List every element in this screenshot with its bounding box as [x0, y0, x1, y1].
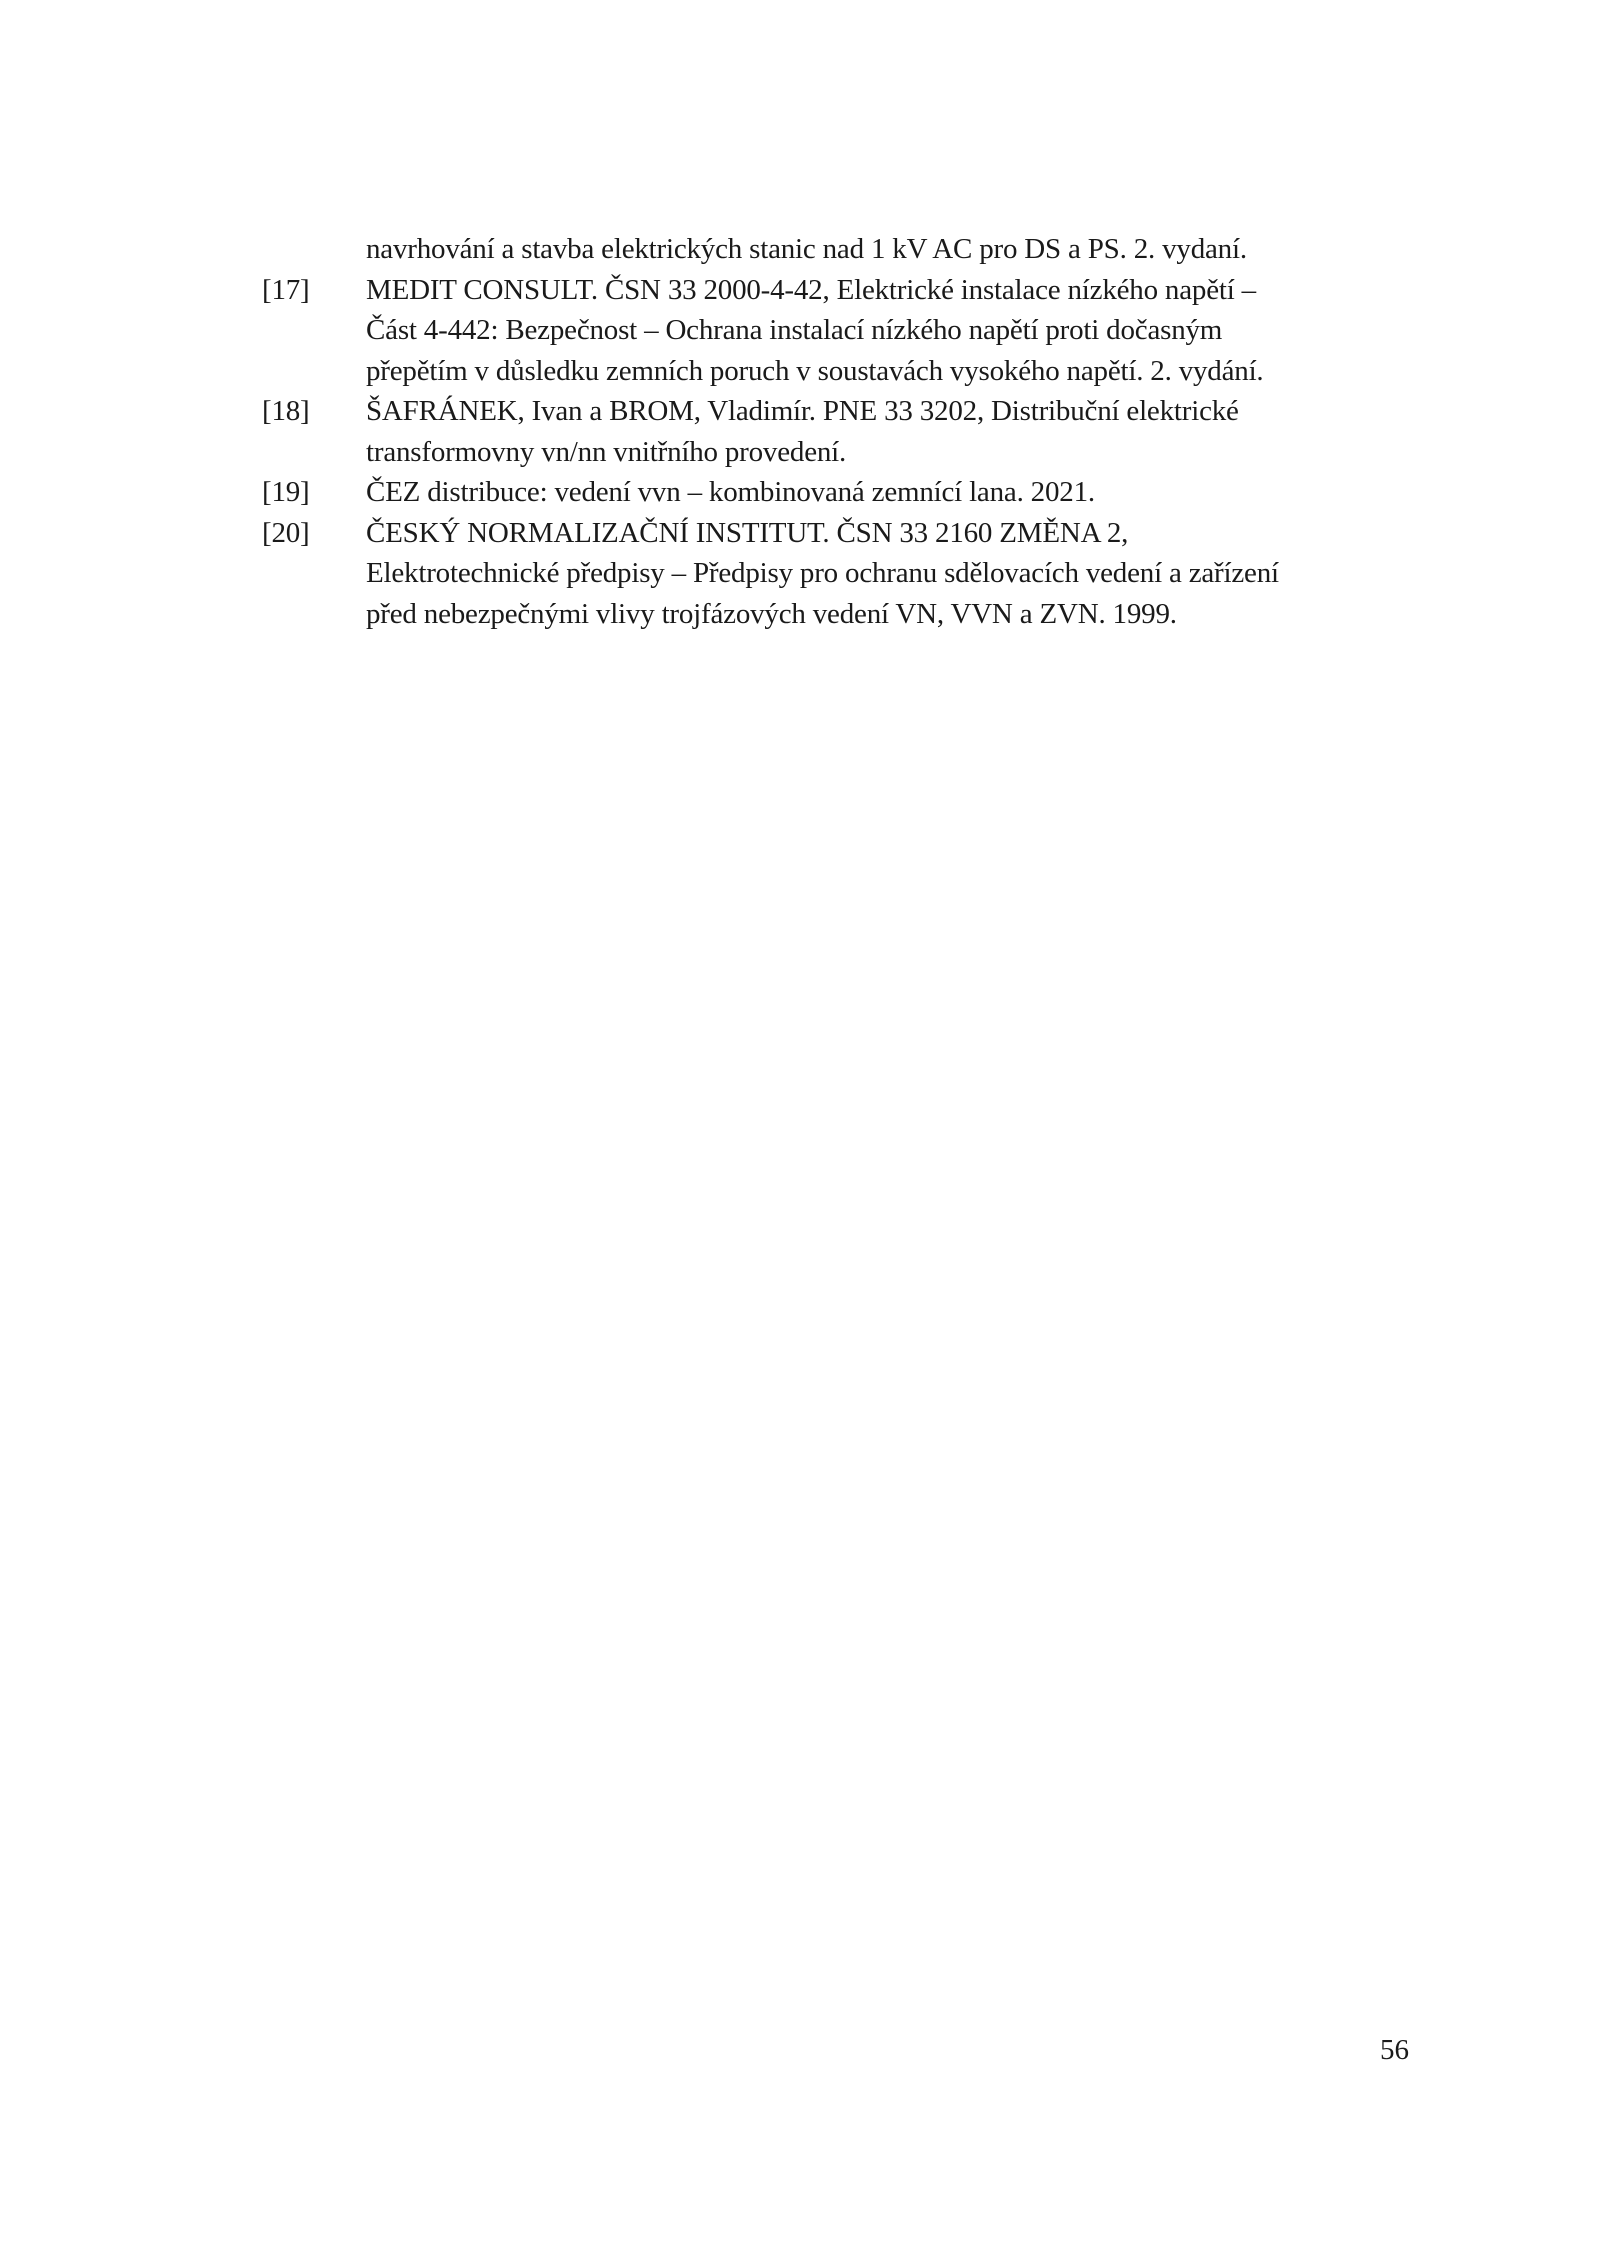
reference-line: přepětím v důsledku zemních poruch v sou…: [366, 351, 1422, 392]
reference-item-17: [17] MEDIT CONSULT. ČSN 33 2000-4-42, El…: [262, 270, 1422, 392]
reference-item-19: [19] ČEZ distribuce: vedení vvn – kombin…: [262, 472, 1422, 513]
reference-continuation: navrhování a stavba elektrických stanic …: [262, 229, 1422, 270]
reference-line: MEDIT CONSULT. ČSN 33 2000-4-42, Elektri…: [366, 270, 1422, 311]
document-page: navrhování a stavba elektrických stanic …: [0, 0, 1600, 2262]
reference-line: ŠAFRÁNEK, Ivan a BROM, Vladimír. PNE 33 …: [366, 391, 1422, 432]
reference-item-20: [20] ČESKÝ NORMALIZAČNÍ INSTITUT. ČSN 33…: [262, 513, 1422, 635]
page-number: 56: [1380, 2032, 1409, 2068]
reference-item-18: [18] ŠAFRÁNEK, Ivan a BROM, Vladimír. PN…: [262, 391, 1422, 472]
reference-line: transformovny vn/nn vnitřního provedení.: [366, 432, 1422, 473]
reference-list: navrhování a stavba elektrických stanic …: [262, 229, 1422, 634]
reference-number: [18]: [262, 391, 310, 432]
reference-line: Elektrotechnické předpisy – Předpisy pro…: [366, 553, 1422, 594]
reference-line: ČESKÝ NORMALIZAČNÍ INSTITUT. ČSN 33 2160…: [366, 513, 1422, 554]
reference-line: před nebezpečnými vlivy trojfázových ved…: [366, 594, 1422, 635]
reference-line: ČEZ distribuce: vedení vvn – kombinovaná…: [366, 472, 1422, 513]
reference-line: navrhování a stavba elektrických stanic …: [366, 229, 1422, 270]
reference-number: [20]: [262, 513, 310, 554]
reference-number: [17]: [262, 270, 310, 311]
reference-line: Část 4-442: Bezpečnost – Ochrana instala…: [366, 310, 1422, 351]
reference-number: [19]: [262, 472, 310, 513]
